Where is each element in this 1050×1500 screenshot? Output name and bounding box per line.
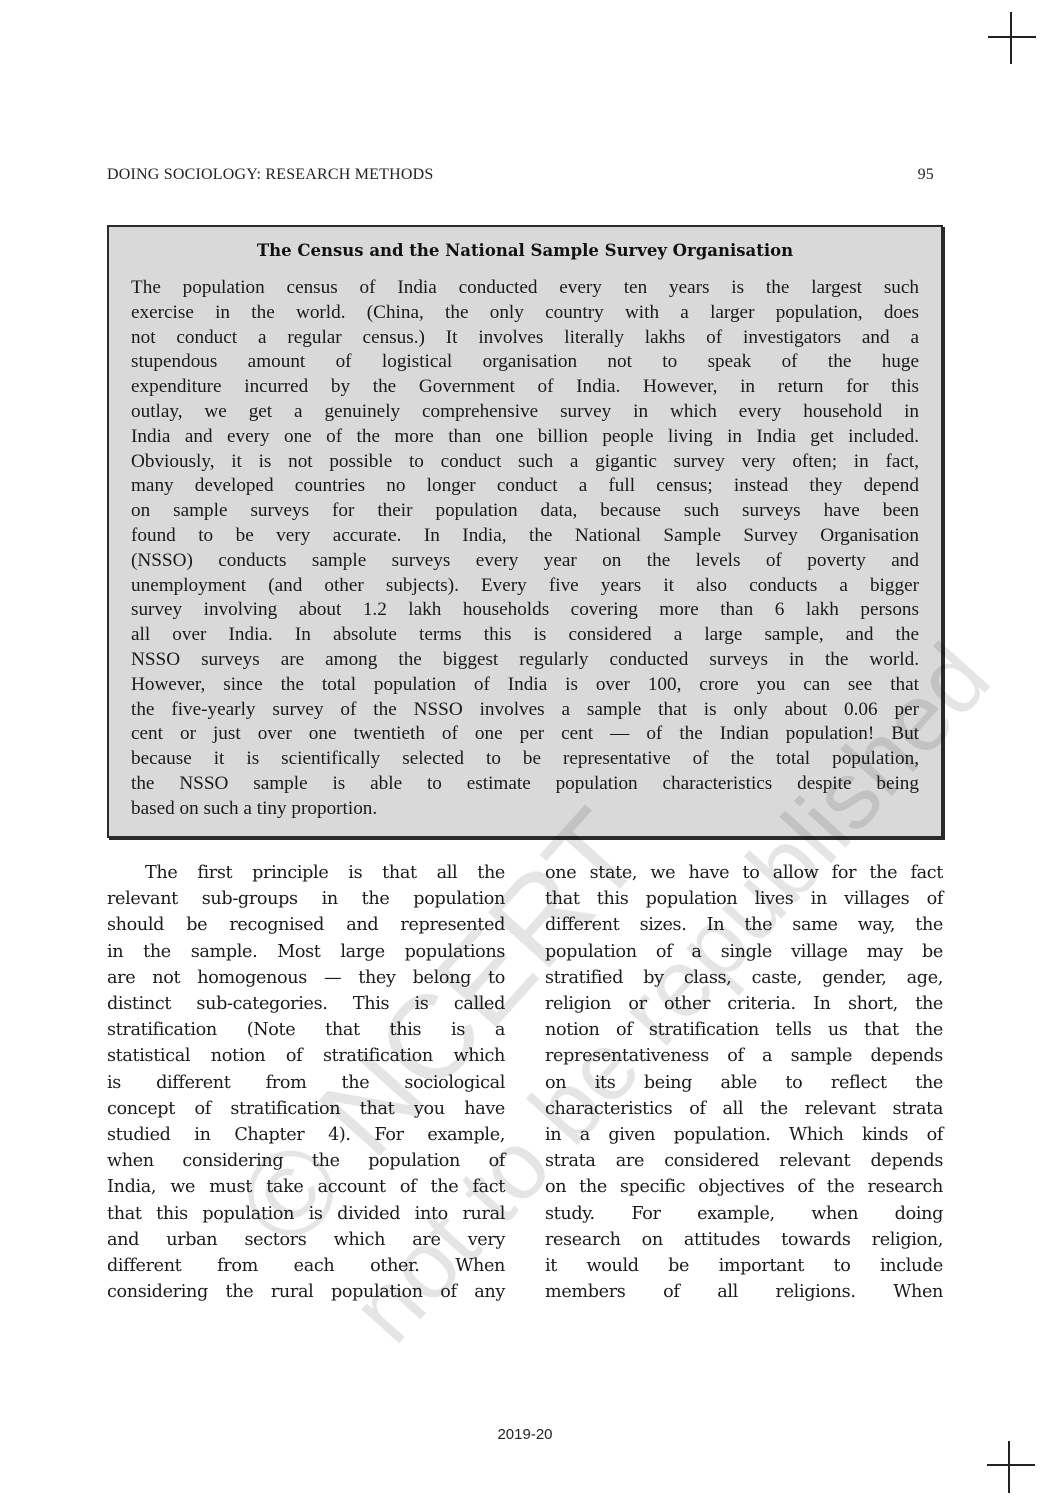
box-title: The Census and the National Sample Surve… — [109, 241, 941, 260]
body-line: population of a single village may be — [545, 939, 943, 965]
body-line: relevant sub-groups in the population — [107, 886, 505, 912]
crop-mark-top-right-icon — [988, 12, 1036, 64]
body-line: studied in Chapter 4). For example, — [107, 1122, 505, 1148]
box-line: found to be very accurate. In India, the… — [131, 524, 919, 549]
box-line: exercise in the world. (China, the only … — [131, 301, 919, 326]
body-line: in a given population. Which kinds of — [545, 1122, 943, 1148]
box-line: (NSSO) conducts sample surveys every yea… — [131, 549, 919, 574]
body-line: stratified by class, caste, gender, age, — [545, 965, 943, 991]
box-line: many developed countries no longer condu… — [131, 474, 919, 499]
body-line: strata are considered relevant depends — [545, 1148, 943, 1174]
body-line: should be recognised and represented — [107, 912, 505, 938]
box-line: stupendous amount of logistical organisa… — [131, 350, 919, 375]
body-line: notion of stratification tells us that t… — [545, 1017, 943, 1043]
box-line: because it is scientifically selected to… — [131, 747, 919, 772]
body-column-right: one state, we have to allow for the fact… — [545, 860, 943, 1305]
chapter-title: DOING SOCIOLOGY: RESEARCH METHODS — [107, 166, 433, 184]
body-line: is different from the sociological — [107, 1070, 505, 1096]
box-line: on sample surveys for their population d… — [131, 499, 919, 524]
body-line: that this population is divided into rur… — [107, 1201, 505, 1227]
census-nsso-box: The Census and the National Sample Surve… — [107, 225, 943, 838]
box-line: The population census of India conducted… — [131, 276, 919, 301]
page-number: 95 — [918, 166, 934, 184]
body-column-left: The first principle is that all the rele… — [107, 860, 505, 1305]
body-line: India, we must take account of the fact — [107, 1174, 505, 1200]
body-line: it would be important to include — [545, 1253, 943, 1279]
body-line: different from each other. When — [107, 1253, 505, 1279]
body-line: that this population lives in villages o… — [545, 886, 943, 912]
body-line: in the sample. Most large populations — [107, 939, 505, 965]
box-line: cent or just over one twentieth of one p… — [131, 722, 919, 747]
body-line: on the specific objectives of the resear… — [545, 1174, 943, 1200]
box-line: Obviously, it is not possible to conduct… — [131, 450, 919, 475]
body-line: concept of stratification that you have — [107, 1096, 505, 1122]
box-line: India and every one of the more than one… — [131, 425, 919, 450]
box-line: all over India. In absolute terms this i… — [131, 623, 919, 648]
box-line: survey involving about 1.2 lakh househol… — [131, 598, 919, 623]
body-line: different sizes. In the same way, the — [545, 912, 943, 938]
body-line: stratification (Note that this is a — [107, 1017, 505, 1043]
box-line: NSSO surveys are among the biggest regul… — [131, 648, 919, 673]
body-line: one state, we have to allow for the fact — [545, 860, 943, 886]
body-line: The first principle is that all the — [107, 860, 505, 886]
body-line: religion or other criteria. In short, th… — [545, 991, 943, 1017]
box-line: not conduct a regular census.) It involv… — [131, 326, 919, 351]
body-line: considering the rural population of any — [107, 1279, 505, 1305]
footer-year: 2019-20 — [0, 1426, 1050, 1443]
box-line: based on such a tiny proportion. — [131, 797, 919, 822]
box-line: However, since the total population of I… — [131, 673, 919, 698]
body-line: research on attitudes towards religion, — [545, 1227, 943, 1253]
body-line: study. For example, when doing — [545, 1201, 943, 1227]
body-line: and urban sectors which are very — [107, 1227, 505, 1253]
body-line: members of all religions. When — [545, 1279, 943, 1305]
body-line: statistical notion of stratification whi… — [107, 1043, 505, 1069]
body-line: when considering the population of — [107, 1148, 505, 1174]
box-line: outlay, we get a genuinely comprehensive… — [131, 400, 919, 425]
box-body: The population census of India conducted… — [131, 276, 919, 822]
box-line: expenditure incurred by the Government o… — [131, 375, 919, 400]
body-line: representativeness of a sample depends — [545, 1043, 943, 1069]
body-line: are not homogenous — they belong to — [107, 965, 505, 991]
box-line: the five-yearly survey of the NSSO invol… — [131, 698, 919, 723]
body-line: distinct sub-categories. This is called — [107, 991, 505, 1017]
body-line: characteristics of all the relevant stra… — [545, 1096, 943, 1122]
box-line: the NSSO sample is able to estimate popu… — [131, 772, 919, 797]
box-line: unemployment (and other subjects). Every… — [131, 574, 919, 599]
body-line: on its being able to reflect the — [545, 1070, 943, 1096]
crop-mark-bottom-right-icon — [987, 1441, 1035, 1493]
